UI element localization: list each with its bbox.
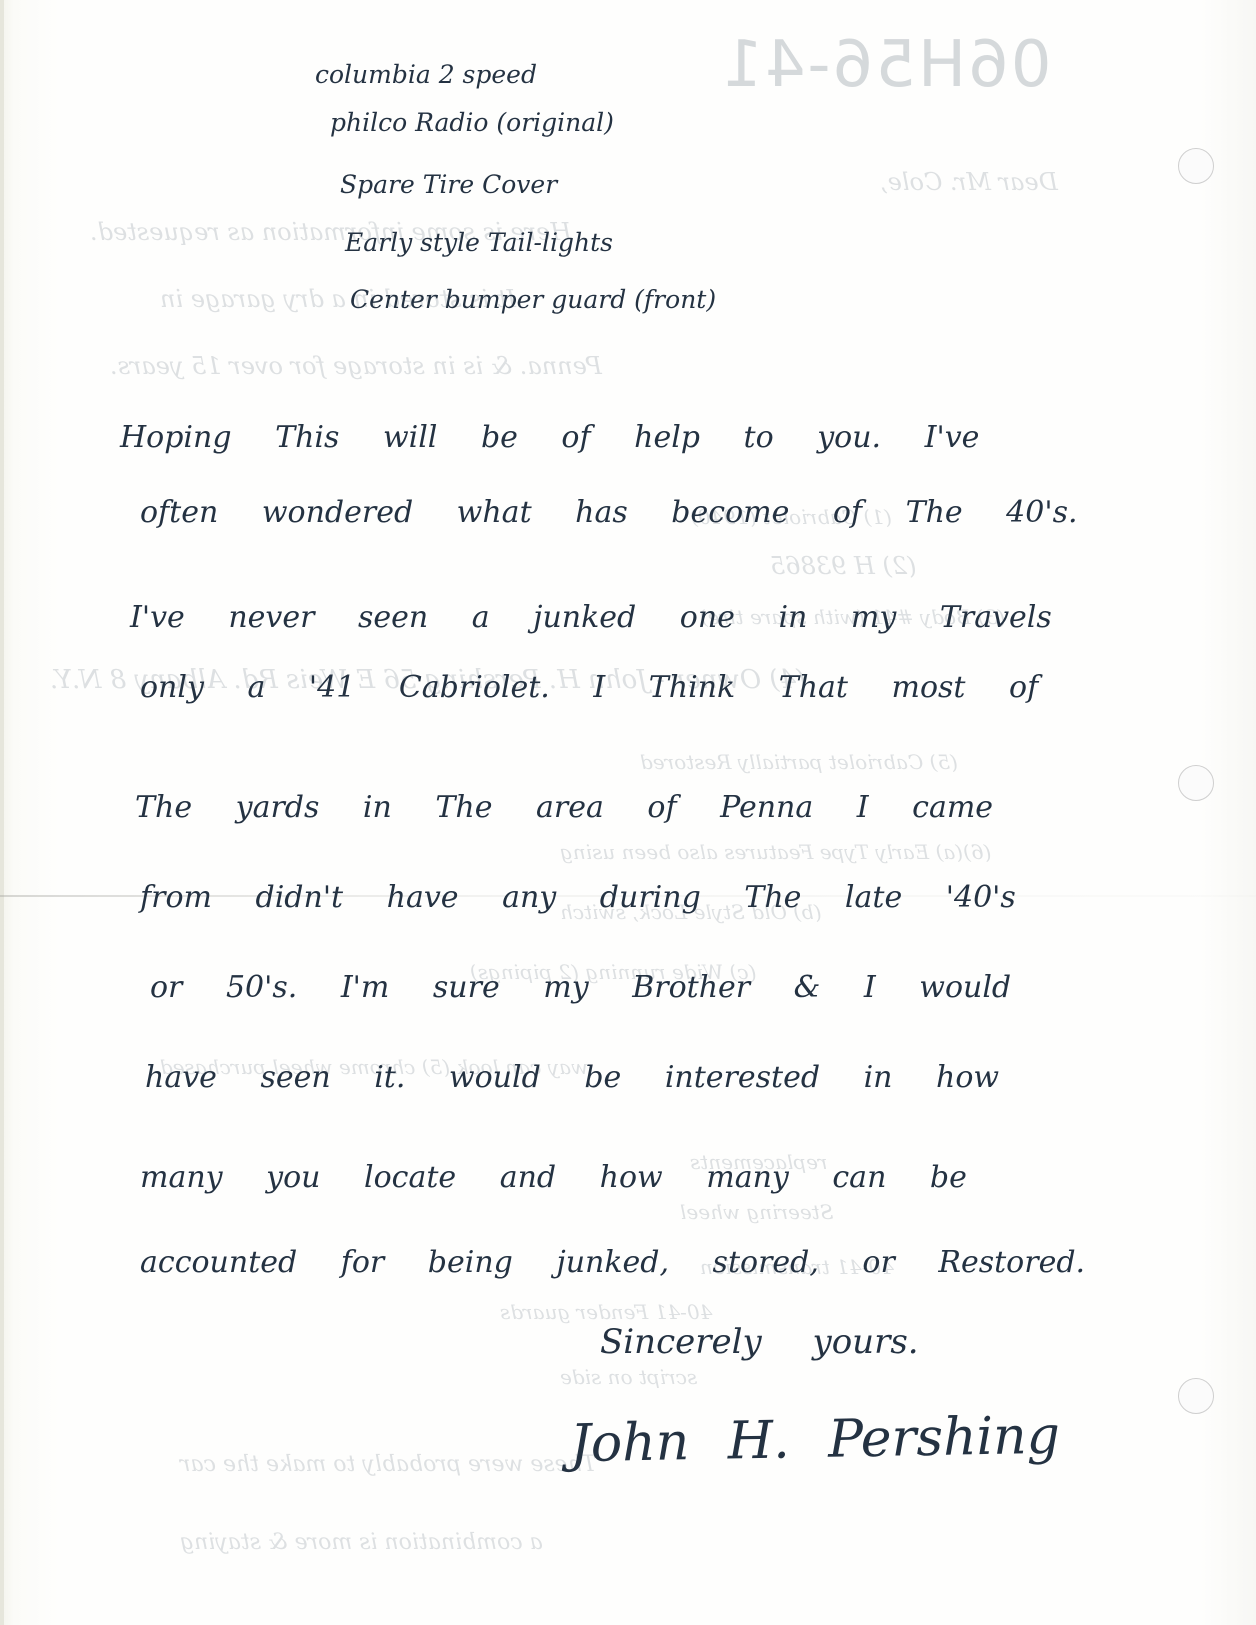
bleed-line: (5) Cabriolet partially Restored bbox=[640, 750, 958, 774]
bleed-line: 40-41 Fender guards bbox=[500, 1300, 712, 1324]
bleed-line: (2) H 93865 bbox=[770, 552, 917, 580]
body-line: often wondered what has become of The 40… bbox=[140, 495, 1078, 530]
body-line: The yards in The area of Penna I came bbox=[135, 790, 993, 825]
body-line: accounted for being junked, stored, or R… bbox=[140, 1245, 1085, 1280]
body-line: or 50's. I'm sure my Brother & I would bbox=[150, 970, 1011, 1005]
body-line: only a '41 Cabriolet. I Think That most … bbox=[140, 670, 1038, 705]
bleed-line: a combination is more & staying bbox=[180, 1530, 543, 1555]
body-line: have seen it. would be interested in how bbox=[145, 1060, 999, 1095]
body-line: Hoping This will be of help to you. I've bbox=[120, 420, 979, 455]
paper-edge bbox=[0, 0, 4, 1625]
punch-hole-top bbox=[1178, 148, 1214, 184]
body-line: many you locate and how many can be bbox=[140, 1160, 967, 1195]
signature: John H. Pershing bbox=[570, 1406, 1061, 1475]
bleed-line: (6)(a) Early Type Features also been usi… bbox=[560, 840, 991, 864]
parts-list-item: philco Radio (original) bbox=[330, 108, 614, 137]
bleed-line: script on side bbox=[560, 1365, 697, 1389]
body-line: from didn't have any during The late '40… bbox=[140, 880, 1016, 915]
bleed-line: Dear Mr. Cole, bbox=[880, 168, 1058, 196]
bleed-line: Penna. & is in storage for over 15 years… bbox=[110, 352, 602, 380]
parts-list-item: columbia 2 speed bbox=[315, 60, 537, 89]
punch-hole-middle bbox=[1178, 765, 1214, 801]
punch-hole-bottom bbox=[1178, 1378, 1214, 1414]
parts-list-item: Early style Tail-lights bbox=[345, 228, 613, 257]
letter-closing: Sincerely yours. bbox=[600, 1322, 919, 1362]
bleed-line: These were probably to make the car bbox=[180, 1452, 597, 1477]
parts-list-item: Spare Tire Cover bbox=[340, 170, 557, 199]
body-line: I've never seen a junked one in my Trave… bbox=[130, 600, 1052, 635]
parts-list-item: Center bumper guard (front) bbox=[350, 285, 716, 314]
bleed-line: Steering wheel bbox=[680, 1200, 833, 1224]
archive-stamp-mirrored: 06H56-41 bbox=[720, 28, 1052, 102]
